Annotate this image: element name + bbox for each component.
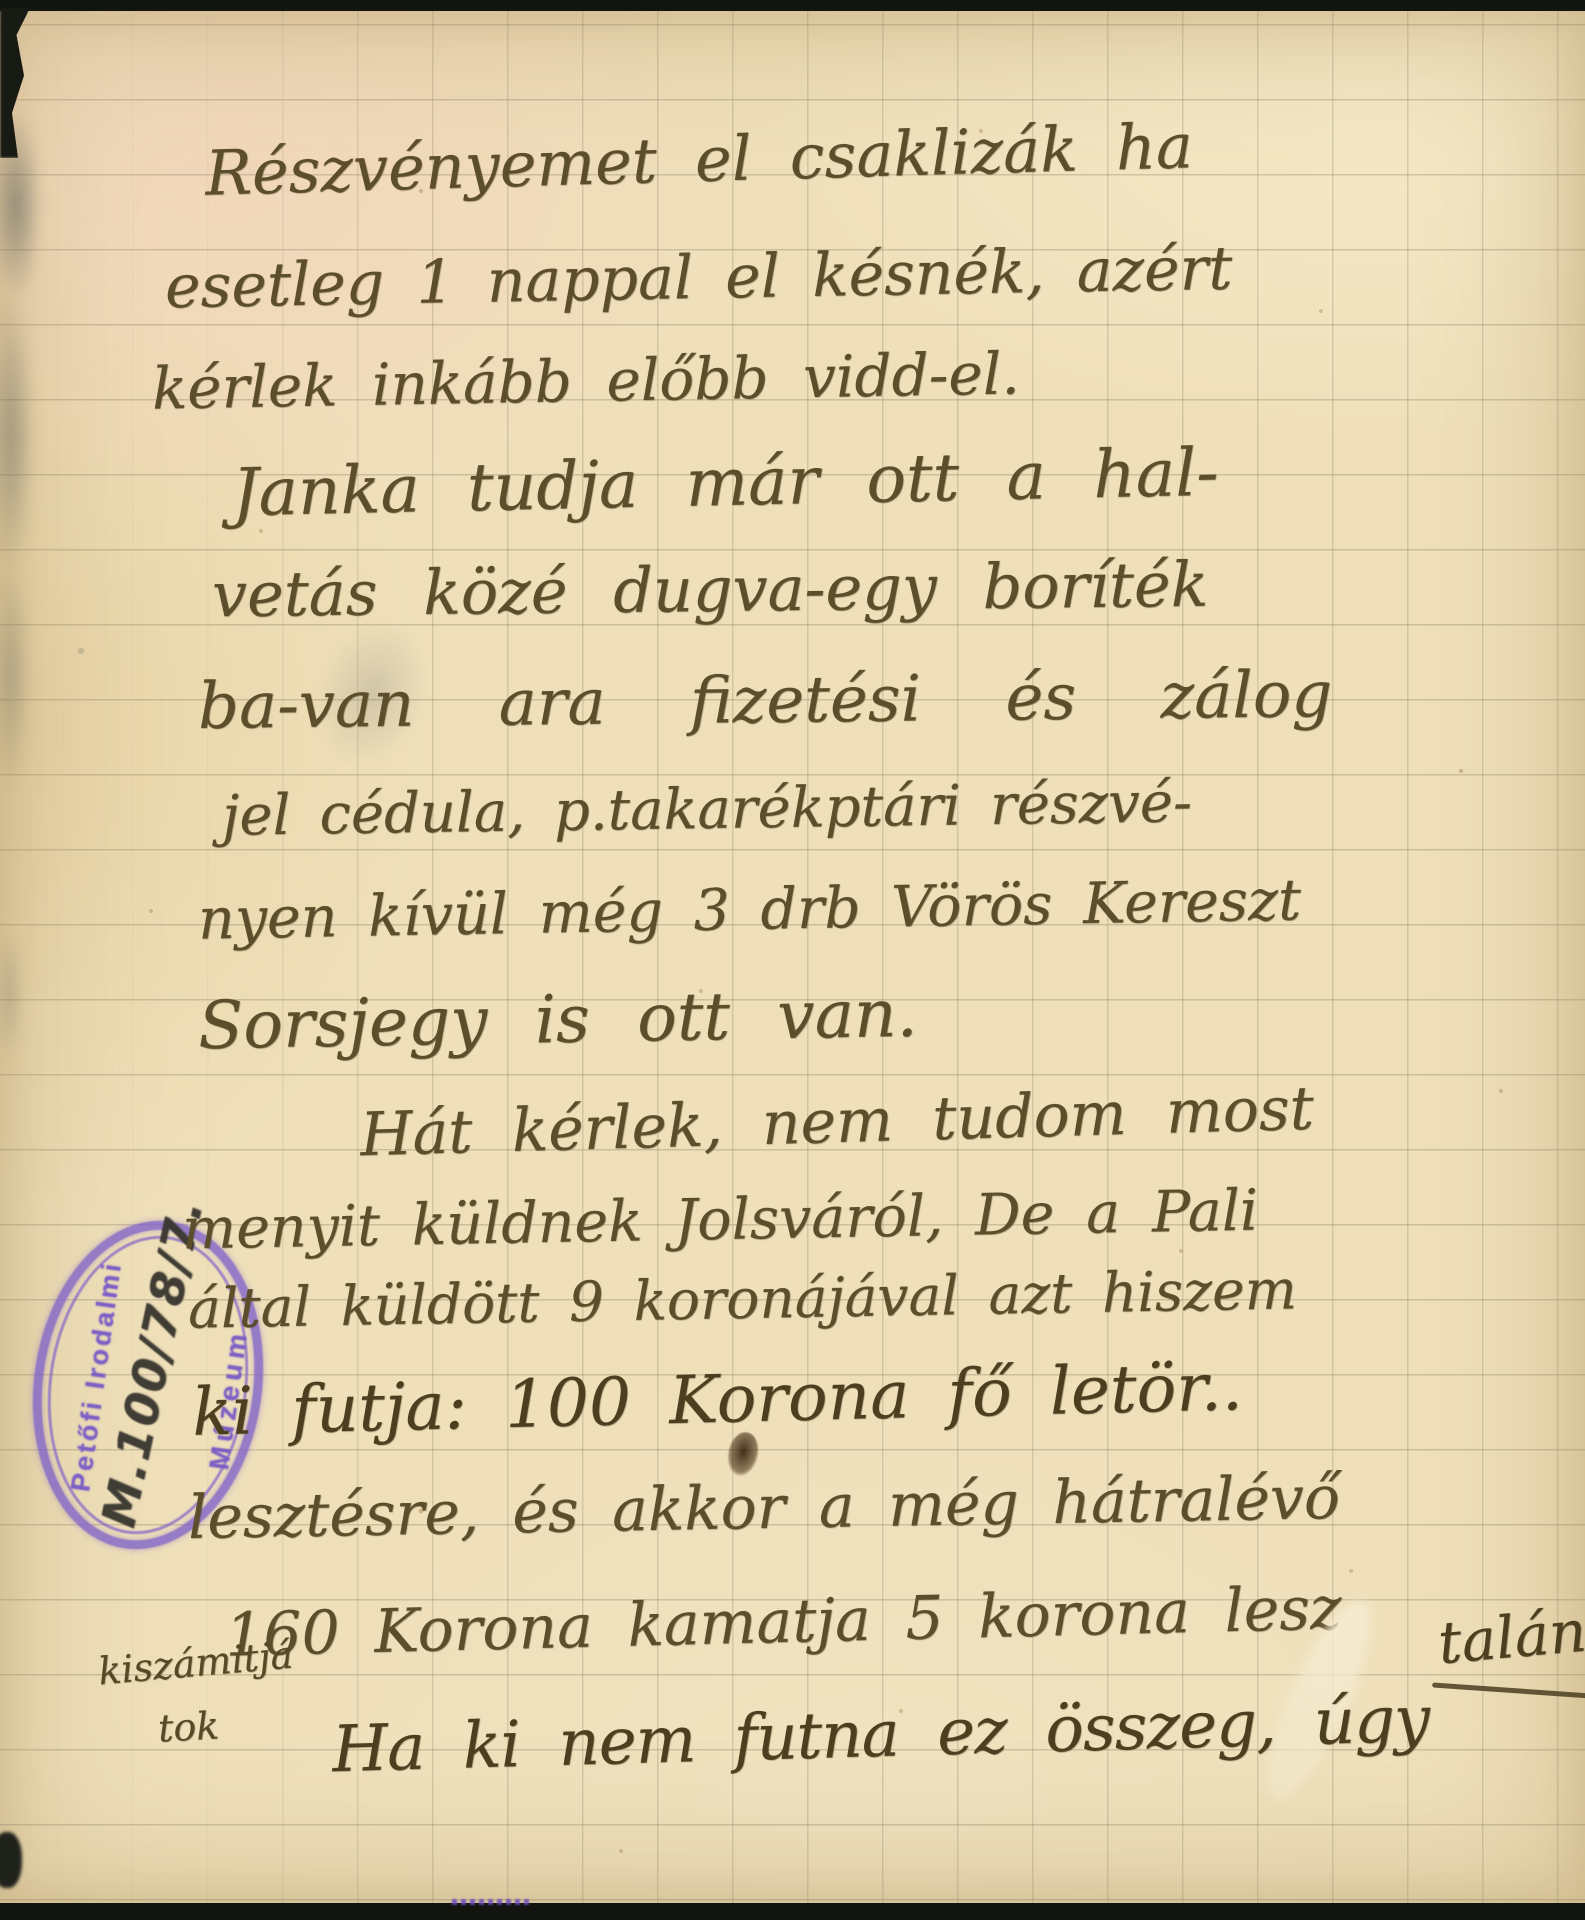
scan-edge-top	[0, 0, 1585, 11]
scanned-letter-page: { "page": { "kind": "scanned handwritten…	[0, 0, 1585, 1920]
handwriting-line: Sorsjegy is ott van.	[197, 969, 918, 1071]
emphasis-word: talán	[1435, 1592, 1585, 1683]
handwriting-line: jel cédula, p.takarékptári részvé-	[222, 765, 1193, 854]
margin-note-line2: tok	[157, 1700, 221, 1754]
scan-edge-bottom	[0, 1903, 1585, 1920]
handwriting-line: vetás közé dugva-egy boríték	[212, 543, 1209, 637]
handwriting-line: kérlek inkább előbb vidd-el.	[151, 334, 1020, 427]
purple-edge-marks	[452, 1899, 530, 1905]
handwriting-line: ba-van ara fizetési és zálog	[198, 652, 1333, 750]
